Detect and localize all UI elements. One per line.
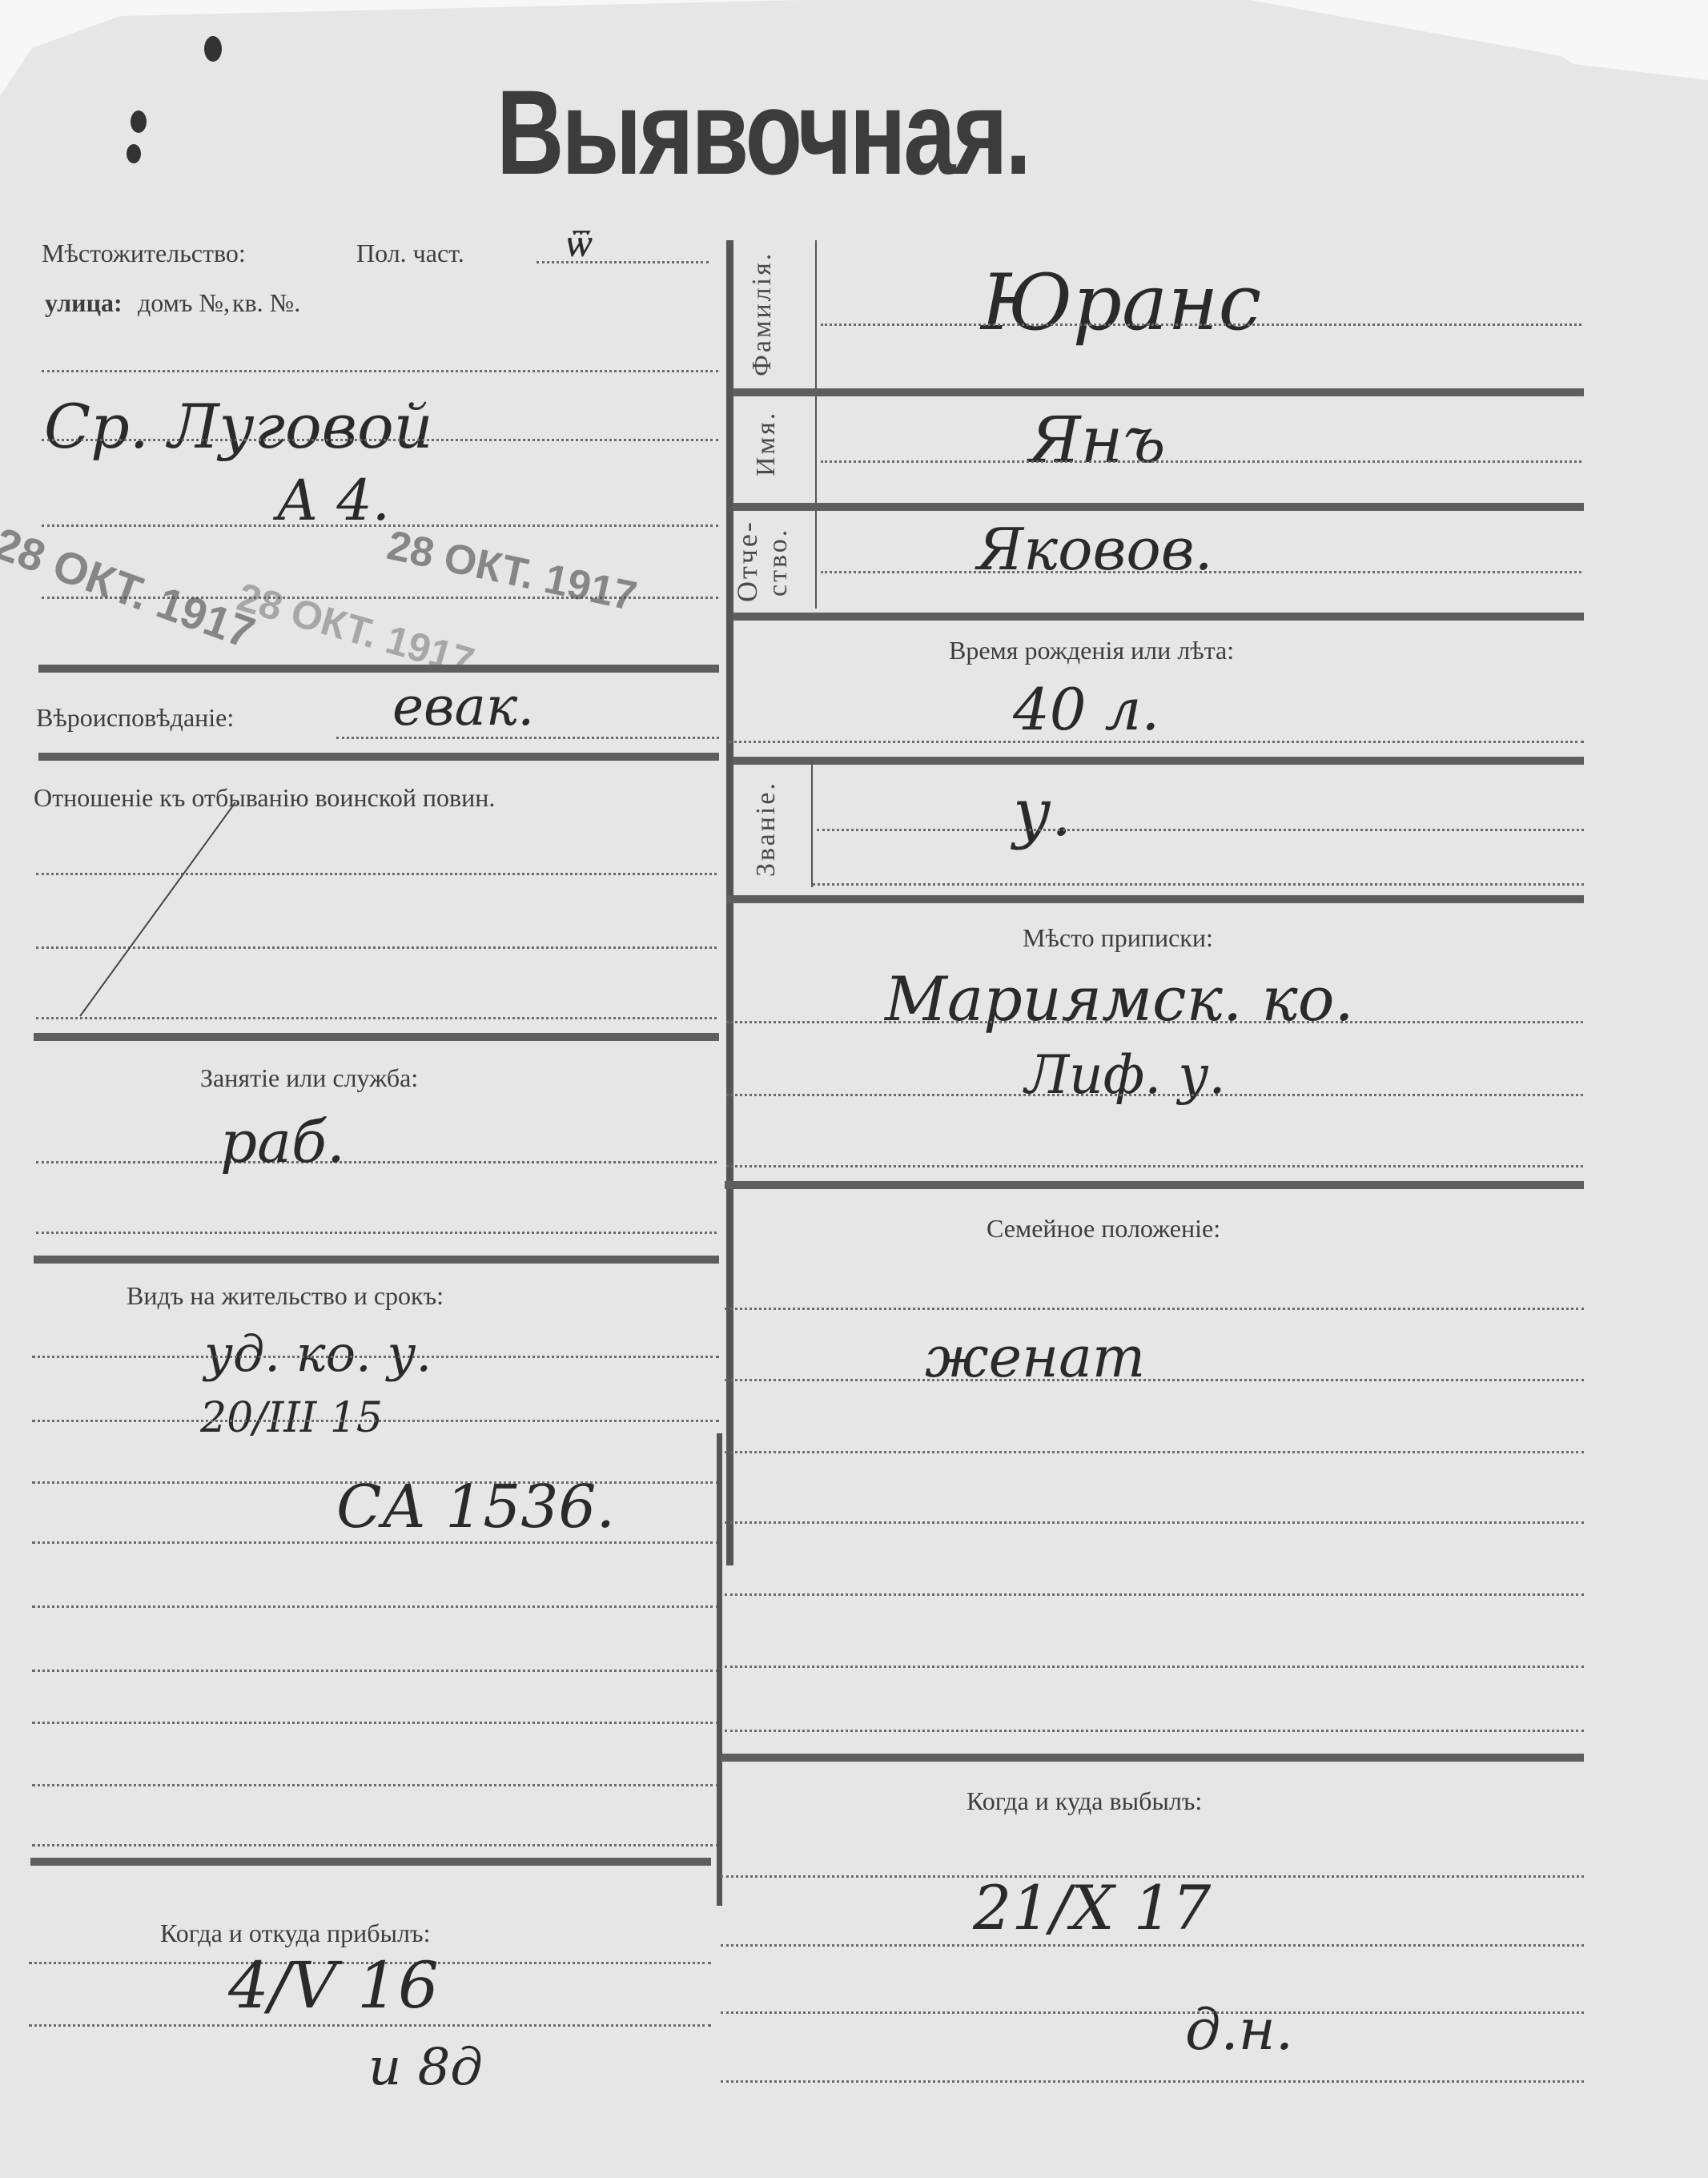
street-label: улица: <box>45 290 123 315</box>
address-line-1 <box>42 370 718 372</box>
section-divider <box>733 757 1584 765</box>
family-line-4 <box>725 1521 1584 1524</box>
family-line-7 <box>725 1730 1584 1732</box>
birth-line <box>729 741 1584 743</box>
departure-label: Когда и куда выбылъ: <box>967 1788 1202 1814</box>
police-district-value: ѿ <box>565 223 590 263</box>
residence-permit-label: Видъ на жительство и срокъ: <box>127 1283 444 1308</box>
section-divider <box>721 1754 1584 1762</box>
family-line-5 <box>725 1593 1584 1596</box>
military-line-1 <box>36 873 717 875</box>
name-line <box>821 460 1581 463</box>
section-divider <box>726 895 1584 903</box>
registration-label: Мѣсто приписки: <box>1023 925 1213 950</box>
military-line-3 <box>36 1017 717 1019</box>
arrival-line-2 <box>29 2024 711 2027</box>
house-label: домъ №, <box>138 290 230 315</box>
ink-blot <box>204 36 222 62</box>
section-divider <box>733 388 1584 396</box>
residence-permit-value-line3: СА 1536. <box>336 1477 615 1537</box>
patronymic-label-line1: Отче- <box>733 520 762 602</box>
name-block-inner-rule <box>815 240 817 609</box>
surname-label: Фамилія. <box>749 251 776 376</box>
occupation-line-2 <box>36 1232 717 1234</box>
occupation-line-1 <box>36 1161 717 1163</box>
name-value: Янъ <box>1029 408 1166 472</box>
arrival-value-line1: 4/V 16 <box>228 1954 439 2018</box>
police-district-label: Пол. част. <box>356 240 464 266</box>
family-line-3 <box>725 1451 1584 1453</box>
religion-value: евак. <box>392 681 534 733</box>
section-divider <box>38 753 719 761</box>
religion-label: Вѣроисповѣданіе: <box>36 705 234 730</box>
residence-label: Мѣстожительство: <box>42 240 246 266</box>
departure-value-line1: 21/X 17 <box>973 1878 1211 1939</box>
rank-line-2 <box>813 883 1584 886</box>
rank-line-1 <box>817 829 1584 831</box>
permit-line-4 <box>32 1541 719 1544</box>
family-status-value: женат <box>925 1329 1145 1385</box>
apartment-label: кв. №. <box>232 290 300 315</box>
ink-blot <box>131 111 147 133</box>
family-status-label: Семейное положеніе: <box>987 1216 1220 1241</box>
address-line-2 <box>42 439 718 441</box>
registration-line-3 <box>726 1165 1583 1167</box>
registration-line-2 <box>726 1094 1583 1096</box>
residence-permit-value-line2: 20/III 15 <box>200 1397 383 1439</box>
permit-line-3 <box>32 1481 719 1484</box>
rank-inner-rule <box>811 761 813 887</box>
column-divider-lower <box>717 1433 722 1906</box>
address-line-3 <box>42 524 718 527</box>
police-district-line <box>537 261 709 263</box>
registration-line-1 <box>726 1021 1583 1023</box>
family-line-6 <box>725 1666 1584 1668</box>
ink-blot <box>127 144 141 163</box>
section-divider <box>733 503 1584 511</box>
family-line-2 <box>725 1379 1584 1381</box>
surname-line <box>821 323 1581 326</box>
permit-line-7 <box>32 1722 719 1724</box>
permit-line-2 <box>32 1420 719 1422</box>
permit-line-1 <box>32 1356 719 1358</box>
family-line-1 <box>725 1308 1584 1310</box>
arrival-label: Когда и откуда прибылъ: <box>160 1920 430 1946</box>
section-divider <box>30 1858 711 1866</box>
permit-line-5 <box>32 1605 719 1608</box>
section-divider <box>38 665 719 673</box>
residence-permit-value-line1: уд. ко. у. <box>204 1329 432 1379</box>
patronymic-line <box>821 571 1581 573</box>
departure-line-2 <box>721 1944 1584 1947</box>
section-divider <box>34 1256 719 1264</box>
address-value-line2: А 4. <box>276 472 390 528</box>
permit-line-8 <box>32 1784 719 1786</box>
birth-label: Время рожденія или лѣта: <box>949 637 1234 663</box>
form-title: Выявочная. <box>496 72 1029 192</box>
birth-value: 40 л. <box>1013 681 1159 738</box>
rank-value: у. <box>1013 781 1072 846</box>
rank-label: Званіе. <box>753 781 780 877</box>
arrival-value-line2: и 8д <box>368 2042 483 2093</box>
section-divider <box>733 613 1584 621</box>
section-divider <box>34 1033 719 1041</box>
permit-line-6 <box>32 1670 719 1672</box>
permit-line-9 <box>32 1844 719 1846</box>
patronymic-value: Яковов. <box>977 520 1213 578</box>
patronymic-label-line2: ство. <box>765 528 792 597</box>
departure-line-4 <box>721 2080 1584 2083</box>
surname-value: Юранс <box>981 264 1261 341</box>
military-service-label: Отношеніе къ отбыванію воинской повин. <box>34 785 495 810</box>
departure-value-line2: д.н. <box>1185 2002 1293 2058</box>
section-divider <box>725 1181 1584 1189</box>
occupation-label: Занятіе или служба: <box>200 1065 418 1091</box>
departure-line-3 <box>721 2011 1584 2014</box>
military-line-2 <box>36 946 717 949</box>
occupation-value: раб. <box>220 1113 345 1171</box>
name-label: Имя. <box>753 411 780 476</box>
address-value-line1: Ср. Луговой <box>44 396 433 457</box>
